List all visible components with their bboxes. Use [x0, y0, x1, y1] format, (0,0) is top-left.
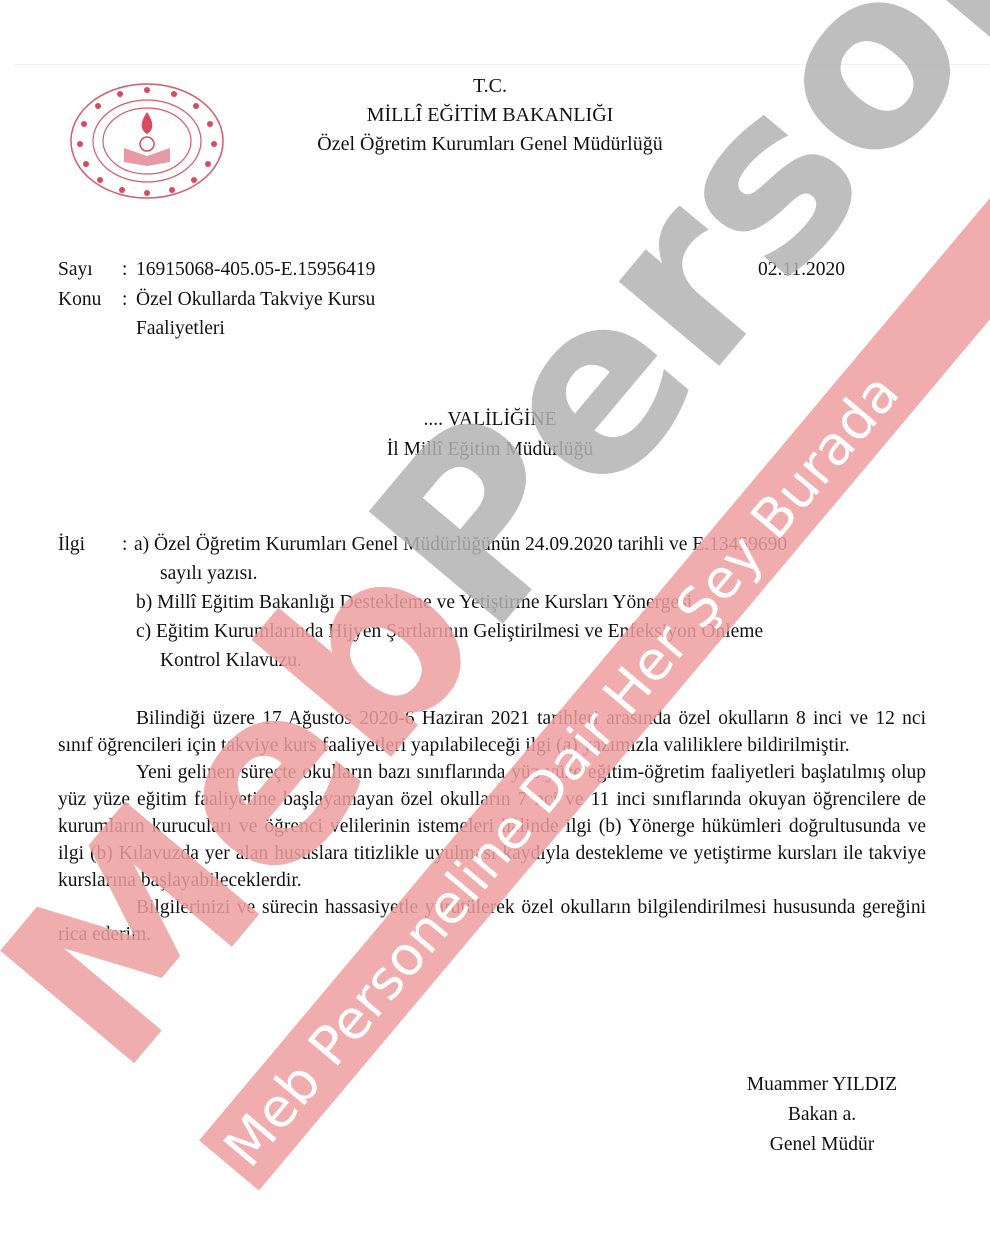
reference-item-a: İlgi : a) Özel Öğretim Kurumları Genel M… [58, 530, 928, 559]
konu-colon: : [122, 285, 136, 315]
body-paragraph-2: Yeni gelinen süreçte okulların bazı sını… [58, 759, 926, 894]
signatory-title2: Genel Müdür [722, 1130, 922, 1160]
letter-body: Bilindiği üzere 17 Ağustos 2020-6 Hazira… [58, 705, 926, 948]
sayi-label: Sayı [58, 255, 122, 285]
sayi-value: 16915068-405.05-E.15956419 [136, 255, 375, 285]
reference-section: İlgi : a) Özel Öğretim Kurumları Genel M… [58, 530, 928, 675]
reference-a-line1: a) Özel Öğretim Kurumları Genel Müdürlüğ… [134, 530, 928, 559]
konu-label: Konu [58, 285, 122, 315]
addressee-line2: İl Millî Eğitim Müdürlüğü [240, 435, 740, 465]
body-paragraph-3: Bilgilerinizi ve sürecin hassasiyetle yü… [58, 894, 926, 948]
reference-item-c: c) Eğitim Kurumlarında Hijyen Şartlarını… [58, 617, 928, 646]
letterhead: T.C. MİLLÎ EĞİTİM BAKANLIĞI Özel Öğretim… [240, 72, 740, 159]
konu-row-cont: Faaliyetleri [58, 314, 375, 344]
letterhead-country: T.C. [240, 72, 740, 101]
reference-item-b: b) Millî Eğitim Bakanlığı Destekleme ve … [58, 588, 928, 617]
signature-block: Muammer YILDIZ Bakan a. Genel Müdür [722, 1070, 922, 1160]
body-paragraph-1: Bilindiği üzere 17 Ağustos 2020-6 Hazira… [58, 705, 926, 759]
addressee: .... VALİLİĞİNE İl Millî Eğitim Müdürlüğ… [240, 405, 740, 465]
document-date: 02.11.2020 [758, 255, 845, 285]
konu-row: Konu : Özel Okullarda Takviye Kursu [58, 285, 375, 315]
ilgi-label: İlgi [58, 530, 122, 559]
sayi-row: Sayı : 16915068-405.05-E.15956419 [58, 255, 375, 285]
sayi-colon: : [122, 255, 136, 285]
letterhead-directorate: Özel Öğretim Kurumları Genel Müdürlüğü [240, 130, 740, 159]
ilgi-colon: : [122, 530, 134, 559]
document-meta: Sayı : 16915068-405.05-E.15956419 Konu :… [58, 255, 375, 344]
reference-a-line2: sayılı yazısı. [58, 559, 928, 588]
signatory-title1: Bakan a. [722, 1100, 922, 1130]
letterhead-ministry: MİLLÎ EĞİTİM BAKANLIĞI [240, 101, 740, 130]
addressee-line1: .... VALİLİĞİNE [240, 405, 740, 435]
konu-value-line1: Özel Okullarda Takviye Kursu [136, 285, 375, 315]
signatory-name: Muammer YILDIZ [722, 1070, 922, 1100]
page-top-border [15, 64, 990, 65]
ministry-seal-icon [68, 82, 226, 200]
reference-c-line2: Kontrol Kılavuzu. [58, 646, 928, 675]
konu-value-line2: Faaliyetleri [136, 314, 225, 344]
